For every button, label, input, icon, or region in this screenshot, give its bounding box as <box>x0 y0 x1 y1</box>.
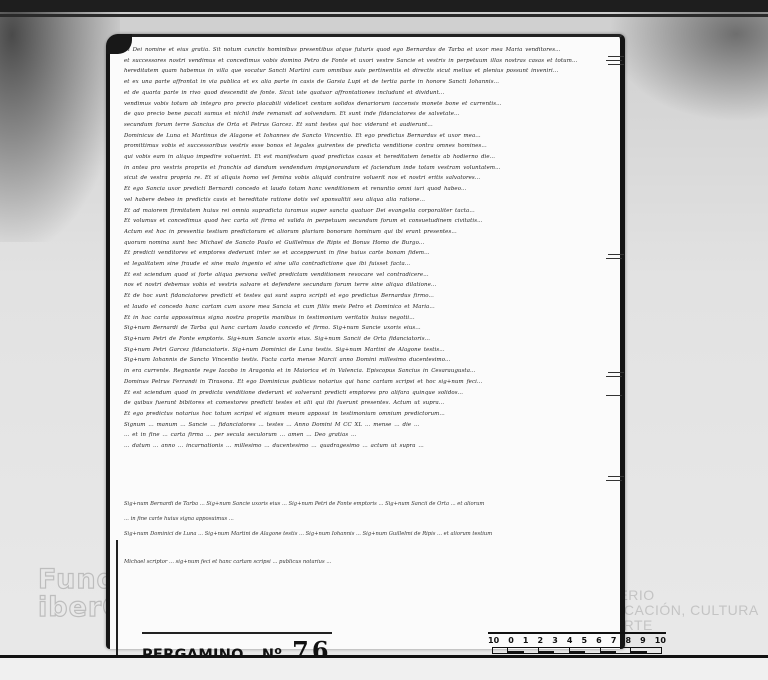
text-line: Signum ... manum ... Sancie ... fidancia… <box>124 420 608 431</box>
text-line: et laudo et concedo hanc cartam cum uxor… <box>124 302 608 313</box>
text-line: quorum nomina sunt hec Michael de Sancto… <box>124 238 608 249</box>
ruler-tick: 8 <box>625 636 631 645</box>
ruler-bar <box>492 647 662 654</box>
edge-tab <box>608 64 624 65</box>
text-line: vendimus vobis totum ab integro pro prec… <box>124 99 608 110</box>
text-line: et de quarta parte in rivo quod descendi… <box>124 88 608 99</box>
text-line: et ex una parte affrontat in via publica… <box>124 77 608 88</box>
ruler-tick: 3 <box>552 636 558 645</box>
scan-bottom-margin <box>0 658 768 680</box>
text-line: Sig+num Petri Garcez fidanciatoris. Sig+… <box>124 345 608 356</box>
edge-tab <box>606 395 622 396</box>
text-line: secundum forum terre Sancius de Orta et … <box>124 120 608 131</box>
text-line: et successores nostri vendimus et conced… <box>124 56 608 67</box>
text-line: Dominus Petrus Ferrandi in Tirasona. Et … <box>124 377 608 388</box>
text-line: Sig+num Bernardi de Tarba qui hanc carta… <box>124 323 608 334</box>
text-line: hereditatem quam habemus in villa que vo… <box>124 66 608 77</box>
edge-tab <box>606 376 622 377</box>
text-line: Et ego Sancia uxor predicti Bernardi con… <box>124 184 608 195</box>
edge-tab <box>608 476 624 477</box>
text-line: Et predicti venditores et emptores deder… <box>124 248 608 259</box>
text-line: in antea pro vestris propriis et franchi… <box>124 163 608 174</box>
signature-line: Michael scriptor ... sig+num feci et han… <box>124 559 604 565</box>
text-line: ... datum ... anno ... incarnationis ...… <box>124 441 608 452</box>
ruler-labels: 10 0 1 2 3 4 5 6 7 8 9 10 <box>488 636 666 645</box>
text-line: in era currente. Regnante rege Iacobo in… <box>124 366 608 377</box>
text-line: et legalitatem sine fraude et sine malo … <box>124 259 608 270</box>
scale-ruler: 10 0 1 2 3 4 5 6 7 8 9 10 <box>488 632 666 654</box>
ruler-tick: 10 <box>655 636 666 645</box>
text-line: Sig+num Iohannis de Sancto Vincentio tes… <box>124 355 608 366</box>
signature-line: Sig+num Dominici de Luna ... Sig+num Mar… <box>124 531 604 537</box>
edge-tab <box>606 480 622 481</box>
edge-tab <box>606 60 622 61</box>
text-line: vel habere debeo in predictis casis et h… <box>124 195 608 206</box>
ruler-tick: 9 <box>640 636 646 645</box>
parchment-document: In Dei nomine et eius gratia. Sit notum … <box>106 34 625 649</box>
text-line: Et volumus et concedimus quod hec carta … <box>124 216 608 227</box>
ruler-tick: 1 <box>523 636 529 645</box>
ruler-tick: 10 <box>488 636 499 645</box>
scan-top-line <box>0 14 768 17</box>
scan-top-border <box>0 0 768 12</box>
text-line: Et in hac carta apposuimus signa nostra … <box>124 313 608 324</box>
text-line: sicut de vestra propria re. Et si aliqui… <box>124 173 608 184</box>
edge-tab <box>608 254 624 255</box>
text-line: Et de hoc sunt fidanciatores predicti et… <box>124 291 608 302</box>
text-line: promittimus vobis et successoribus vestr… <box>124 141 608 152</box>
pergamino-label: PERGAMINO Nº 76 <box>142 632 332 656</box>
manuscript-text: In Dei nomine et eius gratia. Sit notum … <box>124 45 608 452</box>
ruler-tick: 0 <box>508 636 514 645</box>
ruler-tick: 2 <box>538 636 544 645</box>
text-line: qui vobis eam in aliquo impedire volueri… <box>124 152 608 163</box>
scan-shadow-left <box>0 12 120 242</box>
edge-tab <box>608 372 624 373</box>
scan-shadow-right <box>608 12 768 122</box>
text-line: de quibus fuerunt bibitores et comestore… <box>124 398 608 409</box>
text-line: de quo precio bene pacati sumus et nichi… <box>124 109 608 120</box>
text-line: Et ad maiorem firmitatem huius rei omnia… <box>124 206 608 217</box>
ruler-tick: 5 <box>582 636 588 645</box>
signature-block: Sig+num Bernardi de Tarba ... Sig+num Sa… <box>124 501 604 574</box>
edge-tab <box>608 56 624 57</box>
text-line: Et est sciendum quod in predicta venditi… <box>124 388 608 399</box>
edge-tab <box>606 258 622 259</box>
ruler-tick: 6 <box>596 636 602 645</box>
text-line: Et ego predictus notarius hoc totum scri… <box>124 409 608 420</box>
text-line: In Dei nomine et eius gratia. Sit notum … <box>124 45 608 56</box>
text-line: Sig+num Petri de Fonte emptoris. Sig+num… <box>124 334 608 345</box>
text-line: nos et nostri debemus vobis et vestris s… <box>124 280 608 291</box>
ruler-tick: 7 <box>611 636 617 645</box>
text-line: Dominicus de Luna et Martinus de Alagone… <box>124 131 608 142</box>
text-line: ... et in fine ... carta firma ... per s… <box>124 430 608 441</box>
text-line: Et est sciendum quod si forte aliqua per… <box>124 270 608 281</box>
ruler-tick: 4 <box>567 636 573 645</box>
signature-line: Sig+num Bernardi de Tarba ... Sig+num Sa… <box>124 501 604 507</box>
text-line: Actum est hoc in presentia testium predi… <box>124 227 608 238</box>
signature-line: ... in fine carte huius signa apposuimus… <box>124 516 604 522</box>
